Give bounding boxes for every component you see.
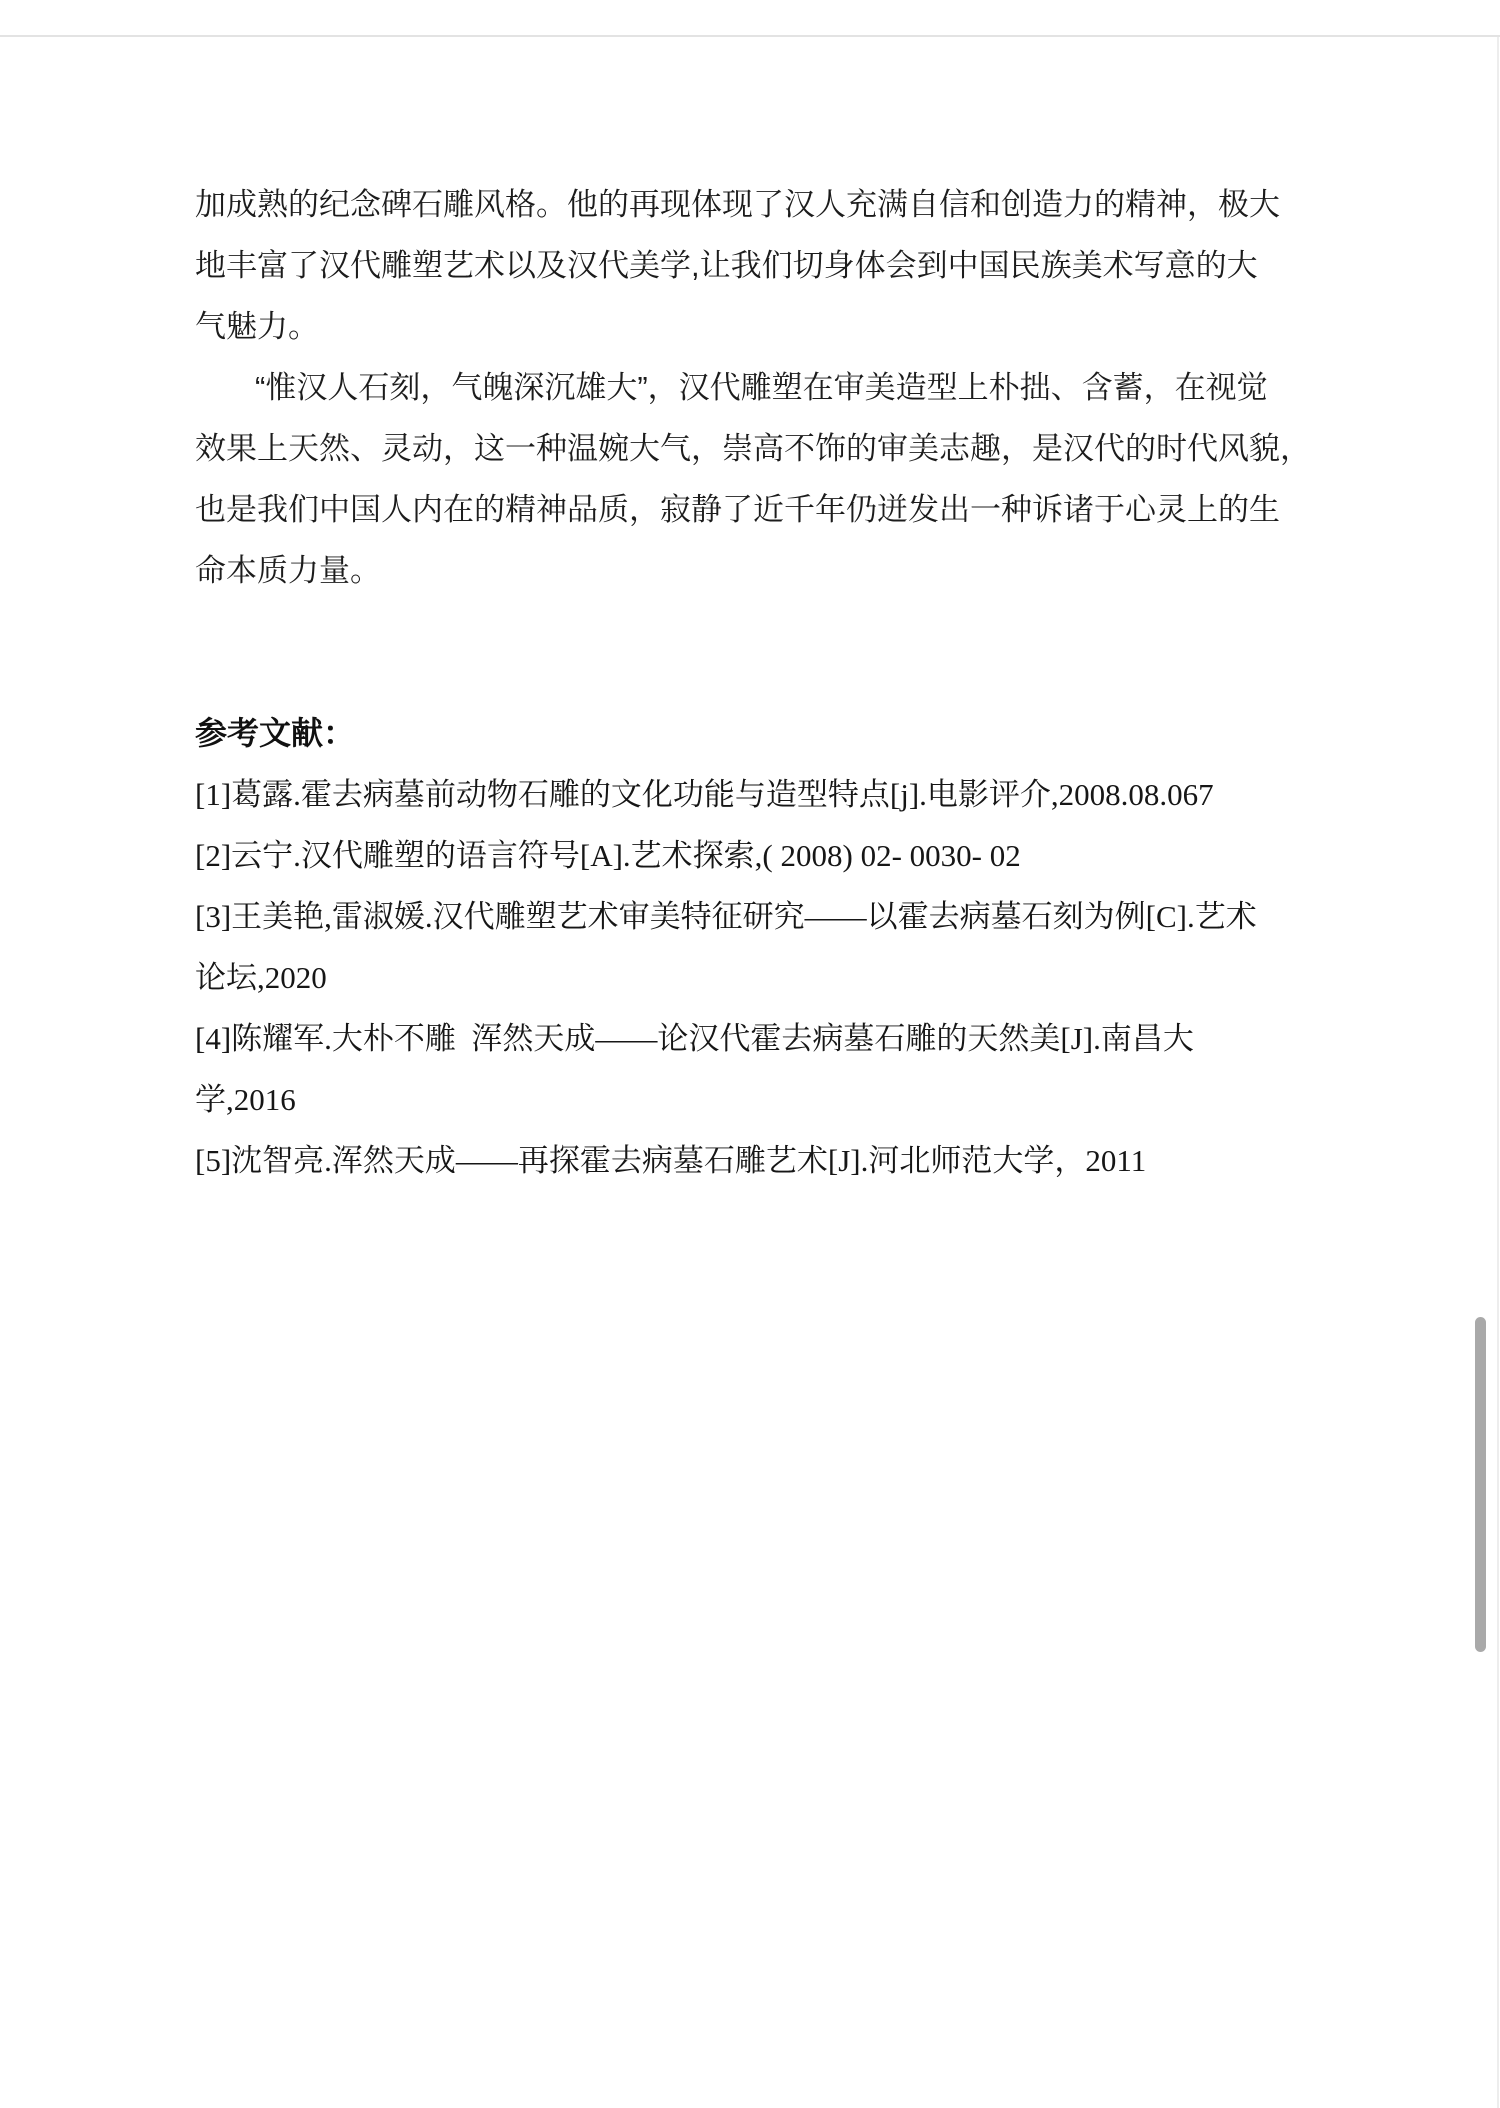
text-line: [1]葛露.霍去病墓前动物石雕的文化功能与造型特点[j].电影评介,2008.0… bbox=[195, 764, 1285, 825]
text-line: 加成熟的纪念碑石雕风格。他的再现体现了汉人充满自信和创造力的精神，极大 bbox=[195, 174, 1285, 235]
text-line: [5]沈智亮.浑然天成——再探霍去病墓石雕艺术[J].河北师范大学，2011 bbox=[195, 1130, 1285, 1191]
text-line: “惟汉人石刻，气魄深沉雄大”，汉代雕塑在审美造型上朴拙、含蓄，在视觉 bbox=[195, 357, 1285, 418]
text-line: 命本质力量。 bbox=[195, 540, 1285, 601]
page-top-divider bbox=[0, 35, 1500, 37]
document-content: 加成熟的纪念碑石雕风格。他的再现体现了汉人充满自信和创造力的精神，极大地丰富了汉… bbox=[195, 174, 1285, 1191]
text-line: 气魅力。 bbox=[195, 296, 1285, 357]
page: { "page": { "background": "#ffffff", "to… bbox=[0, 0, 1500, 2108]
paragraph-2: “惟汉人石刻，气魄深沉雄大”，汉代雕塑在审美造型上朴拙、含蓄，在视觉效果上天然、… bbox=[195, 357, 1285, 601]
scrollbar-thumb[interactable] bbox=[1475, 1317, 1486, 1652]
text-line: 地丰富了汉代雕塑艺术以及汉代美学,让我们切身体会到中国民族美术写意的大 bbox=[195, 235, 1285, 296]
text-line: 学,2016 bbox=[195, 1069, 1285, 1130]
text-line: 也是我们中国人内在的精神品质，寂静了近千年仍迸发出一种诉诸于心灵上的生 bbox=[195, 479, 1285, 540]
references-heading: 参考文献： bbox=[195, 703, 1285, 764]
text-line: 论坛,2020 bbox=[195, 947, 1285, 1008]
text-line: [2]云宁.汉代雕塑的语言符号[A].艺术探索,( 2008) 02- 0030… bbox=[195, 825, 1285, 886]
scrollbar-track[interactable] bbox=[1497, 37, 1499, 2108]
references-list: [1]葛露.霍去病墓前动物石雕的文化功能与造型特点[j].电影评介,2008.0… bbox=[195, 764, 1285, 1191]
text-line: [3]王美艳,雷淑媛.汉代雕塑艺术审美特征研究——以霍去病墓石刻为例[C].艺术 bbox=[195, 886, 1285, 947]
text-line: 效果上天然、灵动，这一种温婉大气，崇高不饰的审美志趣，是汉代的时代风貌， bbox=[195, 418, 1285, 479]
paragraph-1: 加成熟的纪念碑石雕风格。他的再现体现了汉人充满自信和创造力的精神，极大地丰富了汉… bbox=[195, 174, 1285, 357]
text-line: [4]陈耀军.大朴不雕 浑然天成——论汉代霍去病墓石雕的天然美[J].南昌大 bbox=[195, 1008, 1285, 1069]
